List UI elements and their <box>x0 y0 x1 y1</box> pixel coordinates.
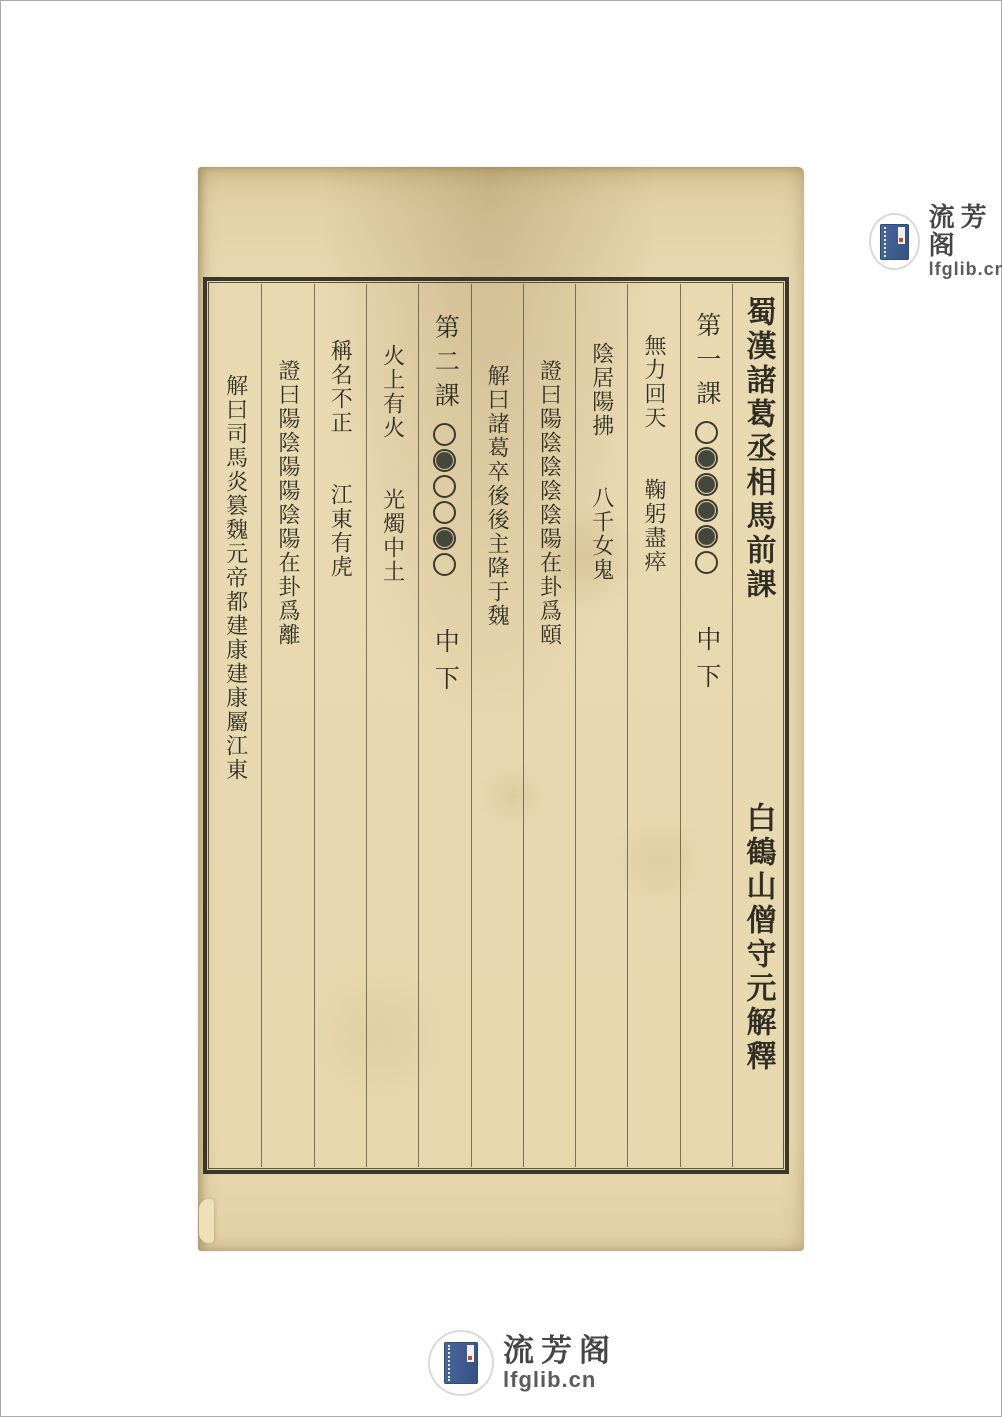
book-title-text: 蜀漢諸葛丞相馬前課 <box>743 296 773 602</box>
book-icon <box>880 224 909 260</box>
column-text: 鞠躬盡瘁 <box>643 478 665 574</box>
column-text: 解曰諸葛卒後後主降于魏 <box>486 364 508 628</box>
columns-container: 蜀漢諸葛丞相馬前課白鶴山僧守元解釋第一課中下無力回天鞠躬盡瘁陰居陽拂八千女鬼證曰… <box>210 284 782 1167</box>
filled-circle-icon <box>433 449 456 472</box>
site-watermark-top: 流芳阁 lfglib.cn <box>869 204 1002 280</box>
empty-circle-icon <box>433 475 456 498</box>
empty-circle-icon <box>433 423 456 446</box>
column-text: 證曰陽陰陽陽陰陽在卦爲離 <box>277 359 299 647</box>
watermark-site-name: 流芳阁 <box>503 1334 617 1367</box>
filled-circle-icon <box>695 447 718 470</box>
text-column-1: 蜀漢諸葛丞相馬前課白鶴山僧守元解釋 <box>732 284 782 1167</box>
filled-circle-icon <box>695 525 718 548</box>
book-stitching <box>884 227 886 257</box>
column-text: 火上有火 <box>382 344 404 440</box>
text-column-10: 證曰陽陰陽陽陰陽在卦爲離 <box>261 284 313 1167</box>
watermark-badge <box>428 1330 494 1396</box>
empty-circle-icon <box>433 553 456 576</box>
watermark-badge <box>869 213 920 270</box>
watermark-site-url: lfglib.cn <box>503 1368 617 1392</box>
watermark-site-name: 流芳阁 <box>929 204 1002 260</box>
column-text: 陰居陽拂 <box>591 342 613 438</box>
text-column-3: 無力回天鞠躬盡瘁 <box>627 284 679 1167</box>
book-icon <box>444 1342 478 1384</box>
scanned-page: 蜀漢諸葛丞相馬前課白鶴山僧守元解釋第一課中下無力回天鞠躬盡瘁陰居陽拂八千女鬼證曰… <box>198 167 804 1251</box>
text-column-11: 解曰司馬炎篡魏元帝都建康建康屬江東 <box>210 284 261 1167</box>
text-column-7: 第二課中下 <box>418 284 470 1167</box>
scan-canvas: 流芳阁 lfglib.cn 蜀漢諸葛丞相馬前課白鶴山僧守元解釋第一課中下無力回天… <box>0 0 1002 1417</box>
printed-frame: 蜀漢諸葛丞相馬前課白鶴山僧守元解釋第一課中下無力回天鞠躬盡瘁陰居陽拂八千女鬼證曰… <box>203 277 789 1174</box>
column-text: 無力回天 <box>643 334 665 430</box>
empty-circle-icon <box>695 551 718 574</box>
hexagram-circles <box>695 421 718 574</box>
book-title-label <box>467 1345 474 1362</box>
text-column-6: 解曰諸葛卒後後主降于魏 <box>471 284 523 1167</box>
filled-circle-icon <box>695 499 718 522</box>
site-watermark-bottom: 流芳阁 lfglib.cn <box>428 1330 617 1396</box>
book-stitching <box>448 1345 450 1381</box>
watermark-site-url: lfglib.cn <box>929 260 1002 279</box>
text-column-2: 第一課中下 <box>680 284 732 1167</box>
column-text: 八千女鬼 <box>591 486 613 582</box>
book-title-text: 白鶴山僧守元解釋 <box>743 802 773 1074</box>
column-text: 江東有虎 <box>329 483 351 579</box>
text-column-5: 證曰陽陰陰陰陰陽在卦爲頤 <box>523 284 575 1167</box>
empty-circle-icon <box>433 501 456 524</box>
filled-circle-icon <box>433 527 456 550</box>
course-verdict: 中下 <box>694 626 719 700</box>
text-column-9: 稱名不正江東有虎 <box>314 284 366 1167</box>
text-column-8: 火上有火光燭中土 <box>366 284 418 1167</box>
page-corner-tab <box>199 1199 214 1243</box>
column-text: 光燭中土 <box>382 488 404 584</box>
course-label: 第一課 <box>694 312 719 414</box>
course-label: 第二課 <box>432 314 457 416</box>
hexagram-circles <box>433 423 456 576</box>
empty-circle-icon <box>695 421 718 444</box>
column-text: 稱名不正 <box>329 339 351 435</box>
course-verdict: 中下 <box>432 628 457 702</box>
column-text: 證曰陽陰陰陰陰陽在卦爲頤 <box>538 359 560 647</box>
book-title-label <box>898 227 905 244</box>
filled-circle-icon <box>695 473 718 496</box>
column-text: 解曰司馬炎篡魏元帝都建康建康屬江東 <box>225 374 247 782</box>
text-column-4: 陰居陽拂八千女鬼 <box>575 284 627 1167</box>
